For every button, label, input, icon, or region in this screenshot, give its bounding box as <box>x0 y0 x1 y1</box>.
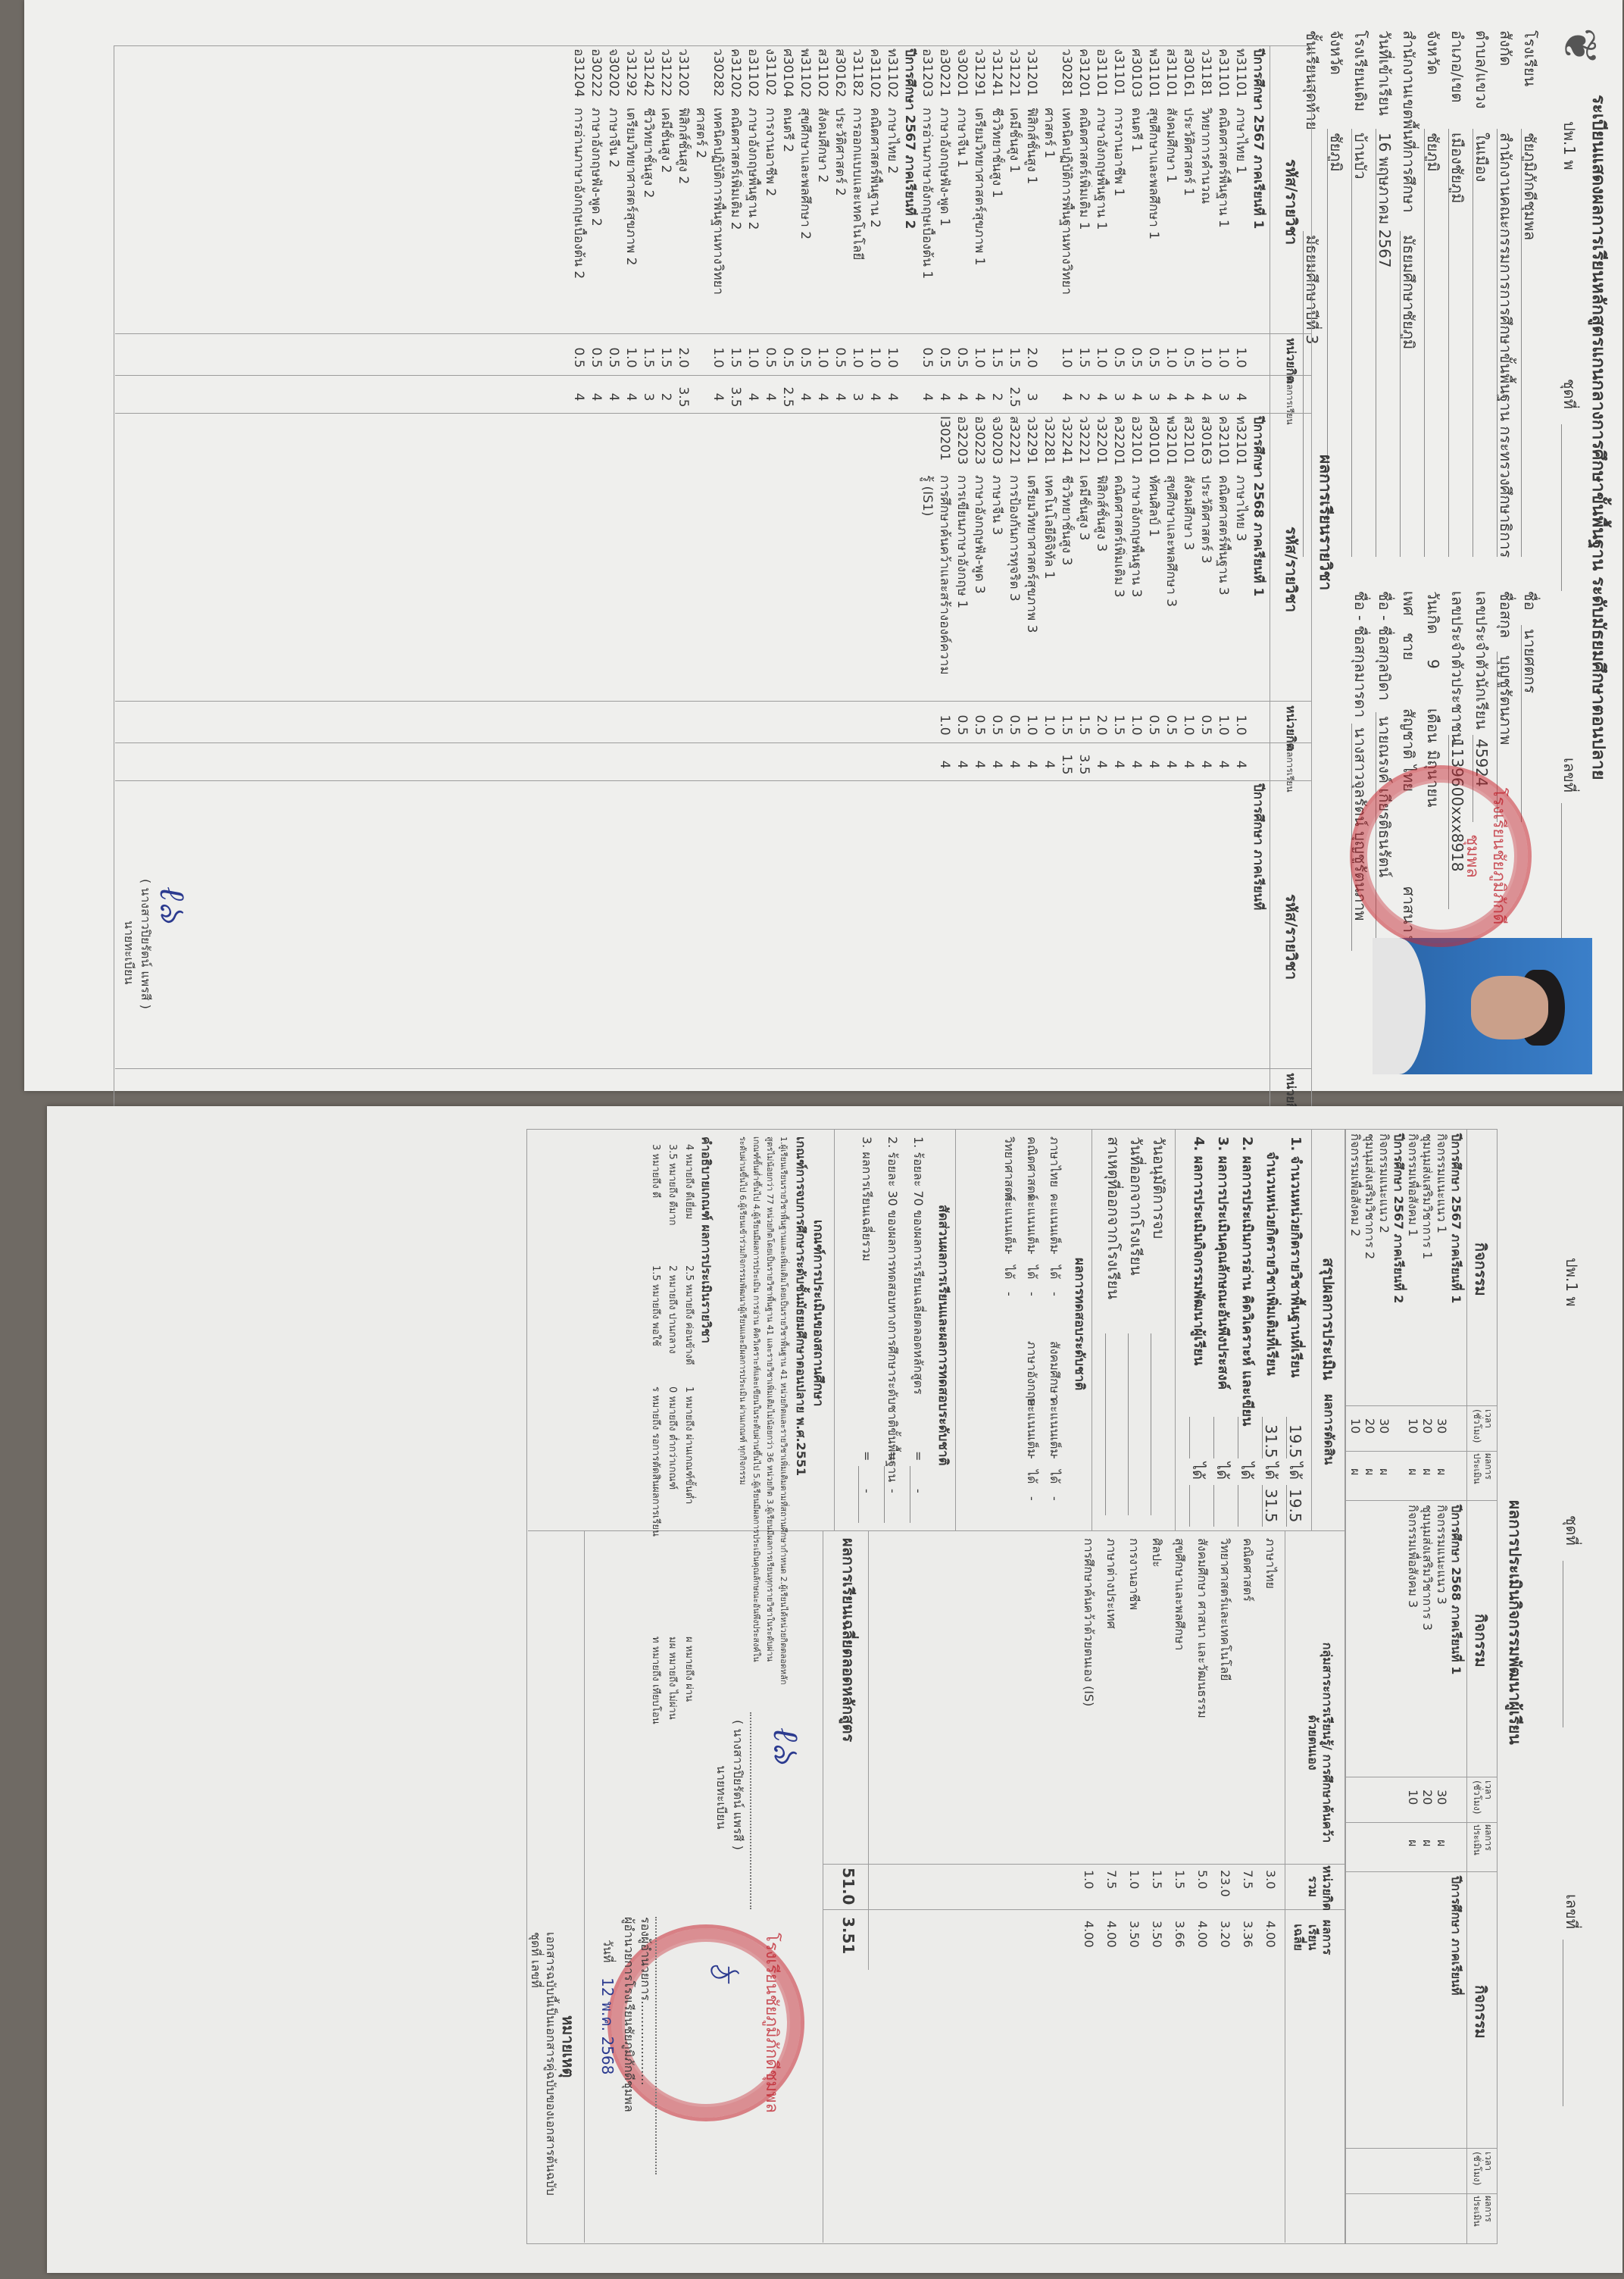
full-score: - <box>1048 1455 1062 1459</box>
course-name: ภาษาอังกฤษฟัง-พูด 2 <box>587 108 604 327</box>
registrar-position: นายทะเบียน <box>122 921 136 984</box>
course-grade: 4 <box>1197 382 1214 412</box>
activity-hours: 10 <box>1406 1418 1420 1433</box>
transcript-page-1: ❦ ระเบียนแสดงผลการเรียนหลักสูตรแกนกลางกา… <box>24 0 1622 1091</box>
course-row: อ30223ภาษาอังกฤษฟัง-พูด 30.54 <box>970 413 988 780</box>
course-credits: 1.5 <box>726 342 744 373</box>
course-grade: 4 <box>1092 382 1110 412</box>
course-row: ค31201คณิตศาสตร์เพิ่มเติม 11.52 <box>1075 45 1092 413</box>
course-grade: 4 <box>1232 749 1249 780</box>
ratio-label: 2. ร้อยละ 30 ของผลการทดสอบทางการศึกษาระด… <box>885 1136 900 1482</box>
course-code: ว32201 <box>1092 416 1110 470</box>
school-info-label: วันที่เข้าเรียน <box>1376 30 1394 116</box>
learning-area-gpa: 3.20 <box>1218 1921 1232 1948</box>
learning-area: วิทยาศาสตร์และเทคโนโลยี <box>1218 1538 1232 1681</box>
course-name: ภาษาอังกฤษพื้นฐาน 3 <box>1127 475 1145 695</box>
birth-month-label: เดือน <box>1424 708 1442 743</box>
course-grade: 4 <box>744 382 761 412</box>
course-name: ประวัติศาสตร์ 2 <box>831 108 848 327</box>
legend-item: 3.5 หมายถึง ดีมาก <box>667 1144 678 1225</box>
course-code: พ31102 <box>796 48 814 103</box>
course-grade: 4 <box>587 382 604 412</box>
director-line-2: ผู้อำนวยการโรงเรียนชัยภูมิภักดีชุมพล <box>622 1917 636 2112</box>
course-code: อ30221 <box>935 48 953 103</box>
form-code: ปพ.1 พ <box>1560 121 1579 170</box>
course-credits: 0.5 <box>587 342 604 373</box>
course-credits: 1.0 <box>744 342 761 373</box>
learning-area: ภาษาไทย <box>1263 1538 1278 1589</box>
learning-area-credits: 23.0 <box>1218 1870 1232 1897</box>
course-row: ว31292เตรียมวิทยาศาสตร์สุขภาพ 21.04 <box>622 45 639 413</box>
course-row: ท31101ภาษาไทย 11.04 <box>1232 45 1249 413</box>
activity-name: กิจกรรมแนะแนว 2 <box>1377 1133 1391 1233</box>
course-credits: 1.0 <box>1179 710 1197 740</box>
course-grade: 4 <box>918 382 935 412</box>
learning-area-gpa: 3.50 <box>1150 1921 1164 1948</box>
activity-hours: 10 <box>1406 1790 1420 1805</box>
equals-sign: = <box>860 1451 874 1461</box>
full-score: - <box>1025 1250 1039 1255</box>
course-grade: 3 <box>1110 382 1127 412</box>
activity-header: กิจกรรม <box>1472 1985 1490 2039</box>
set-label-2: ชุดที่ <box>1563 1515 1581 1546</box>
course-code: ว30281 <box>1057 48 1075 103</box>
course-code: อ30222 <box>587 48 604 103</box>
got-score-label: ได้ <box>1025 1470 1039 1483</box>
course-row: I30201การศึกษาค้นคว้าและสร้างองค์ความ1.0… <box>935 413 953 780</box>
course-code: ว31181 <box>1197 48 1214 103</box>
course-credits: 0.5 <box>1145 342 1162 373</box>
school-info-value: ชัยภูมิ <box>1327 133 1345 172</box>
course-name: ชีววิทยาชั้นสูง 2 <box>639 108 657 327</box>
course-grade: 1.5 <box>1057 749 1075 780</box>
learning-area: ศิลปะ <box>1150 1538 1164 1568</box>
remarks-text: เอกสารฉบับนี้เป็นเอกสารคู่ฉบับของเอกสารต… <box>544 1932 558 2196</box>
got-score-label: ได้ <box>1048 1265 1062 1279</box>
national-test-subject: สังคมศึกษา <box>1048 1341 1062 1400</box>
course-grade: 3 <box>1145 382 1162 412</box>
activity-name: กิจกรรมแนะแนว 1 <box>1435 1133 1449 1233</box>
course-code: ศ30101 <box>1145 416 1162 470</box>
activity-semester: ปีการศึกษา 2567 ภาคเรียนที่ 2 <box>1391 1133 1406 1303</box>
course-credits: 0.5 <box>953 342 970 373</box>
legend-heading: คำอธิบายเกณฑ์ ผลการประเมินรายวิชา <box>699 1136 714 1343</box>
course-name: เตรียมวิทยาศาสตร์สุขภาพ 2 <box>622 108 639 327</box>
course-name: การเขียนภาษาอังกฤษ 1 <box>953 475 970 695</box>
course-grade: 4 <box>1023 749 1040 780</box>
school-info-value: ชัยภูมิ <box>1424 133 1442 172</box>
course-name: เทคนิคปฏิบัติการพื้นฐานทางวิทยา <box>1057 108 1075 327</box>
legend-item: 3 หมายถึง ดี <box>650 1144 661 1198</box>
school-info-value: เมืองชัยภูมิ <box>1448 133 1466 203</box>
course-row: ค31202คณิตศาสตร์เพิ่มเติม 21.53.5 <box>726 45 744 413</box>
student-photo <box>1373 938 1592 1074</box>
course-grade: 2 <box>1075 382 1092 412</box>
grade-header: ผลการเรียน <box>1284 379 1295 425</box>
course-code: ว31242 <box>639 48 657 103</box>
birth-day-label: วันเกิด <box>1424 591 1442 634</box>
course-credits: 1.0 <box>970 342 988 373</box>
course-code: ว31182 <box>848 48 866 103</box>
course-row: ง31102การงานอาชีพ 20.54 <box>761 45 779 413</box>
course-name: ปีการศึกษา 2568 ภาคเรียนที่ 1 <box>1249 416 1266 636</box>
subject-header: รหัส/รายวิชา <box>1282 159 1301 245</box>
course-name: เทคโนโลยีดิจิทัล 1 <box>1040 475 1057 695</box>
course-name: เตรียมวิทยาศาสตร์สุขภาพ 1 <box>970 108 988 327</box>
course-name: ประวัติศาสตร์ 1 <box>1179 108 1197 327</box>
learning-area-credits: 5.0 <box>1195 1870 1210 1889</box>
learning-area-credits: 7.5 <box>1104 1870 1119 1889</box>
got-score: - <box>1025 1496 1039 1501</box>
course-name: การศึกษาค้นคว้าและสร้างองค์ความ <box>935 475 953 695</box>
course-name: ภาษาไทย 2 <box>883 108 901 327</box>
course-name: ประวัติศาสตร์ 3 <box>1197 475 1214 695</box>
course-code: ส32101 <box>1179 416 1197 470</box>
course-name: ปีการศึกษา ภาคเรียนที่ <box>1249 783 1266 1003</box>
learning-area: คณิตศาสตร์ <box>1241 1538 1255 1602</box>
grade-header: ผลการเรียน <box>1284 746 1295 792</box>
course-grade: 2.5 <box>779 382 796 412</box>
course-row: ว31291เตรียมวิทยาศาสตร์สุขภาพ 11.04 <box>970 45 988 413</box>
course-credits: 0.5 <box>1110 342 1127 373</box>
learning-area-gpa: 3.50 <box>1127 1921 1141 1948</box>
course-code: อ32203 <box>953 416 970 470</box>
course-code: พ32101 <box>1162 416 1179 470</box>
course-row: พ31101สุขศึกษาและพลศึกษา 10.53 <box>1145 45 1162 413</box>
course-code: จ30201 <box>953 48 970 103</box>
course-row: ว31181วิทยาการคำนวณ1.04 <box>1197 45 1214 413</box>
student-surname: บุญชูรัตนภาพ <box>1497 655 1515 745</box>
legend-item: ร หมายถึง รอการตัดสินผลการเรียน <box>650 1386 661 1537</box>
surname-label: ชื่อสกุล <box>1497 591 1515 638</box>
course-grade: 3 <box>1214 382 1232 412</box>
school-info-value: ในเมือง <box>1473 133 1491 182</box>
course-credits: 0.5 <box>831 342 848 373</box>
ratio-label: 3. ผลการเรียนเฉลี่ยรวม <box>860 1136 874 1261</box>
school-info-label: โรงเรียนเดิม <box>1351 30 1369 111</box>
course-credits: 0.5 <box>1005 710 1023 740</box>
activity-header: กิจกรรม <box>1472 1614 1490 1668</box>
course-row: ว31242ชีววิทยาชั้นสูง 21.53 <box>639 45 657 413</box>
course-code: จ30202 <box>604 48 622 103</box>
activities-table <box>1344 1129 1498 2244</box>
course-grade: 3.5 <box>674 382 692 412</box>
course-code: I30201 <box>935 416 953 470</box>
activity-semester: ปีการศึกษา 2568 ภาคเรียนที่ 1 <box>1449 1505 1463 1674</box>
course-name: เคมีชั้นสูง 3 <box>1075 475 1092 695</box>
course-code: อ32101 <box>1127 416 1145 470</box>
course-grade: 4 <box>953 749 970 780</box>
learning-area: การศึกษาค้นคว้าด้วยตนเอง (IS) <box>1082 1538 1096 1706</box>
director-date: 12 พ.ค. 2568 <box>598 1977 617 2074</box>
course-name: ภาษาไทย 3 <box>1232 475 1249 695</box>
course-grade: 4 <box>935 749 953 780</box>
school-info-value: มัธยมศึกษาชัยภูมิ <box>1400 235 1418 349</box>
course-code: ศ30103 <box>1127 48 1145 103</box>
course-row: อ32203การเขียนภาษาอังกฤษ 10.54 <box>953 413 970 780</box>
course-grade: 4 <box>953 382 970 412</box>
learning-area: สุขศึกษาและพลศึกษา <box>1173 1538 1187 1651</box>
criteria-text-line: ระดับผ่านขึ้นไป 6.ผู้เรียนเข้าร่วมกิจกรร… <box>737 1136 748 1485</box>
course-code: ท31102 <box>883 48 901 103</box>
sex: ชาย <box>1400 633 1418 661</box>
full-score-label: คะแนนเต็ม <box>1002 1193 1017 1252</box>
course-credits: 1.5 <box>1075 710 1092 740</box>
course-row: ศ30104ดนตรี 20.52.5 <box>779 45 796 413</box>
course-grade: 4 <box>709 382 726 412</box>
course-name: การออกแบบและเทคโนโลยี <box>848 108 866 327</box>
result-header: ผลการประเมิน <box>1471 1453 1494 1495</box>
activity-name: กิจกรรมเพื่อสังคม 3 <box>1406 1505 1420 1608</box>
course-code: ส30162 <box>831 48 848 103</box>
course-row: ค32101คณิตศาสตร์พื้นฐาน 31.04 <box>1214 413 1232 780</box>
course-grade: 4 <box>1214 749 1232 780</box>
overall-gpa: 3.51 <box>839 1917 857 1954</box>
semester-heading: ปีการศึกษา ภาคเรียนที่ <box>1249 780 1266 1148</box>
course-row: ว31222เคมีชั้นสูง 21.52 <box>657 45 674 413</box>
course-code: ว31221 <box>1005 48 1023 103</box>
course-column: ปีการศึกษา 2568 ภาคเรียนที่ 1ท32101ภาษาไ… <box>918 413 1266 780</box>
course-grade: 4 <box>831 382 848 412</box>
course-name: เทคนิคปฏิบัติการพื้นฐานทางวิทยา <box>709 108 726 327</box>
course-row: พ32101สุขศึกษาและพลศึกษา 30.54 <box>1162 413 1179 780</box>
learning-area-credits: 1.5 <box>1173 1870 1187 1889</box>
course-name: คณิตศาสตร์พื้นฐาน 3 <box>1214 475 1232 695</box>
activity-semester: ปีการศึกษา ภาคเรียนที่ <box>1449 1876 1463 1996</box>
course-grade: 4 <box>988 749 1005 780</box>
activity-name: ชุมนุมส่งเสริมวิชาการ 2 <box>1363 1133 1377 1259</box>
course-name: ภาษาอังกฤษฟัง-พูด 1 <box>935 108 953 327</box>
course-row: ท31102ภาษาไทย 21.04 <box>883 45 901 413</box>
course-name: ฟิสิกส์ชั้นสูง 1 <box>1023 108 1040 327</box>
got-score: - <box>1002 1292 1017 1296</box>
result-header: ผลการประเมิน <box>1471 2196 1494 2237</box>
course-credits: 1.0 <box>709 342 726 373</box>
course-name: ทัศนศิลป์ 1 <box>1145 475 1162 695</box>
activity-result: ผ <box>1435 1840 1449 1846</box>
summary-item-got-label: ได้ <box>1189 1462 1207 1480</box>
learning-area-credits: 1.0 <box>1082 1870 1096 1889</box>
course-column: ปีการศึกษา ภาคเรียนที่ <box>1249 780 1266 1148</box>
course-code: ค31101 <box>1214 48 1232 103</box>
course-grade: 4 <box>970 382 988 412</box>
summary-item-got: 31.5 <box>1262 1489 1280 1523</box>
full-score-label: คะแนนเต็ม <box>1025 1398 1039 1457</box>
course-name: คณิตศาสตร์พื้นฐาน 1 <box>1214 108 1232 327</box>
course-name: เตรียมวิทยาศาสตร์สุขภาพ 3 <box>1023 475 1040 695</box>
course-credits: 1.5 <box>1110 710 1127 740</box>
course-code: ง31101 <box>1110 48 1127 103</box>
course-row: ค31101คณิตศาสตร์พื้นฐาน 11.03 <box>1214 45 1232 413</box>
course-name: คณิตศาสตร์พื้นฐาน 2 <box>866 108 883 327</box>
course-name: ฟิสิกส์ชั้นสูง 2 <box>674 108 692 327</box>
summary-item-got-label: ได้ <box>1238 1462 1256 1480</box>
stamp-text: โรงเรียนชัยภูมิภักดีชุมพล <box>1460 769 1513 943</box>
course-grade: 4 <box>1145 749 1162 780</box>
course-credits: 1.5 <box>1075 342 1092 373</box>
school-info-value: ชัยภูมิภักดีชุมพล <box>1521 133 1539 240</box>
course-grade: 2.5 <box>1005 382 1023 412</box>
course-code: ส31101 <box>1162 48 1179 103</box>
course-row: ว32291เตรียมวิทยาศาสตร์สุขภาพ 31.04 <box>1023 413 1040 780</box>
activity-result: ผ <box>1348 1468 1363 1475</box>
school-stamp: โรงเรียนชัยภูมิภักดีชุมพล <box>1350 765 1532 947</box>
course-credits: 0.5 <box>604 342 622 373</box>
course-code: อ31102 <box>744 48 761 103</box>
course-row: ส31102สังคมศึกษา 21.04 <box>814 45 831 413</box>
course-row: ศ30101ทัศนศิลป์ 10.54 <box>1145 413 1162 780</box>
course-credits: 2.0 <box>674 342 692 373</box>
course-grade: 4 <box>1232 382 1249 412</box>
result-header: ผลการประเมิน <box>1471 1824 1494 1866</box>
summary-item-value: 19.5 <box>1286 1424 1304 1458</box>
course-name: ดนตรี 1 <box>1127 108 1145 327</box>
criteria-heading: เกณฑ์การประเมินของสถานศึกษา <box>809 1220 827 1406</box>
activity-hours: 10 <box>1348 1418 1363 1433</box>
activity-name: ชุมนุมส่งเสริมวิชาการ 1 <box>1420 1133 1435 1259</box>
course-code: ท31101 <box>1232 48 1249 103</box>
course-row: ว30281เทคนิคปฏิบัติการพื้นฐานทางวิทยา1.0… <box>1057 45 1075 413</box>
course-grade: 3 <box>1023 382 1040 412</box>
stamp-text-2: โรงเรียนชัยภูมิภักดีชุมพล <box>759 1928 785 2118</box>
course-credits: 1.0 <box>1214 710 1232 740</box>
course-credits: 1.0 <box>866 342 883 373</box>
summary-item-got-label: ได้ <box>1262 1462 1280 1480</box>
course-credits: 1.0 <box>883 342 901 373</box>
course-grade: 3 <box>639 382 657 412</box>
course-credits: 1.0 <box>1023 710 1040 740</box>
course-grade: 4 <box>814 382 831 412</box>
full-score: - <box>1002 1250 1017 1255</box>
course-grade: 4 <box>1092 749 1110 780</box>
activity-name: ชุมนุมส่งเสริมวิชาการ 3 <box>1420 1505 1435 1630</box>
course-grade: 4 <box>1179 382 1197 412</box>
course-credits: 0.5 <box>1162 710 1179 740</box>
semester-heading: ปีการศึกษา 2567 ภาคเรียนที่ 1 <box>1249 45 1266 413</box>
course-name: ปีการศึกษา 2567 ภาคเรียนที่ 2 <box>901 48 918 268</box>
set-label: ชุดที่ <box>1560 379 1579 409</box>
activity-result: ผ <box>1420 1468 1435 1475</box>
course-name: ภาษาอังกฤษพื้นฐาน 2 <box>744 108 761 327</box>
course-name: ภาษาจีน 3 <box>988 475 1005 695</box>
course-code: ส32221 <box>1005 416 1023 470</box>
summary-item-label: 2. ผลการประเมินการอ่าน คิดวิเคราะห์ และเ… <box>1238 1136 1256 1426</box>
national-test-subject: ภาษาไทย <box>1048 1136 1062 1187</box>
learning-area-gpa: 4.00 <box>1104 1921 1119 1948</box>
credits-header: หน่วยกิต <box>1284 338 1298 383</box>
course-code: อ31203 <box>918 48 935 103</box>
course-code: ว31202 <box>674 48 692 103</box>
course-row: ค31102คณิตศาสตร์พื้นฐาน 21.04 <box>866 45 883 413</box>
activity-result: ผ <box>1420 1840 1435 1846</box>
learning-area-gpa: 3.36 <box>1241 1921 1255 1948</box>
course-name: สังคมศึกษา 1 <box>1162 108 1179 327</box>
criteria-text-line: สูตรไม่น้อยกว่า 77 หน่วยกิตโดยเป็นรายวิช… <box>764 1136 776 1662</box>
course-code: ส30161 <box>1179 48 1197 103</box>
course-row: จ30202ภาษาจีน 20.54 <box>604 45 622 413</box>
course-credits: 1.5 <box>1057 710 1075 740</box>
course-grade: 4 <box>935 382 953 412</box>
learning-area: ภาษาต่างประเทศ <box>1104 1538 1119 1629</box>
course-grade: 3.5 <box>726 382 744 412</box>
course-grade: 4 <box>883 382 901 412</box>
course-credits: 1.0 <box>1214 342 1232 373</box>
course-name: ภาษาอังกฤษพื้นฐาน 1 <box>1092 108 1110 327</box>
activity-result: ผ <box>1377 1468 1391 1475</box>
course-name: ชีววิทยาชั้นสูง 1 <box>988 108 1005 327</box>
activity-hours: 20 <box>1420 1790 1435 1805</box>
legend-item: ท หมายถึง เทียบโอน <box>650 1637 661 1724</box>
leave-date-label: วันที่ออกจากโรงเรียน <box>1127 1136 1145 1276</box>
activity-name: กิจกรรมเพื่อสังคม 1 <box>1406 1133 1420 1236</box>
course-name: สุขศึกษาและพลศึกษา 2 <box>796 108 814 327</box>
course-code: ว31241 <box>988 48 1005 103</box>
learning-area-credits: 1.5 <box>1150 1870 1164 1889</box>
form-code-2: ปพ.1 พ <box>1563 1258 1581 1307</box>
school-info-value: 16 พฤษภาคม 2567 <box>1376 133 1394 268</box>
course-name: ชีววิทยาชั้นสูง 3 <box>1057 475 1075 695</box>
school-info-label: สังกัด <box>1497 30 1515 66</box>
semester-heading: ปีการศึกษา 2567 ภาคเรียนที่ 2 <box>901 45 918 413</box>
course-code: ว32241 <box>1057 416 1075 470</box>
got-score-label: ได้ <box>1025 1265 1039 1279</box>
nationality-label: สัญชาติ <box>1400 708 1418 759</box>
course-row: ส30161ประวัติศาสตร์ 10.54 <box>1179 45 1197 413</box>
course-row: ว31201ฟิสิกส์ชั้นสูง 12.03 <box>1023 45 1040 413</box>
course-row: ว30282เทคนิคปฏิบัติการพื้นฐานทางวิทยา1.0… <box>709 45 726 413</box>
course-code: ศ30104 <box>779 48 796 103</box>
got-score-label: ได้ <box>1048 1470 1062 1483</box>
course-grade: 4 <box>970 749 988 780</box>
legend-item: 2 หมายถึง ปานกลาง <box>667 1265 678 1354</box>
course-row: อ32101ภาษาอังกฤษพื้นฐาน 31.04 <box>1127 413 1145 780</box>
learning-area-gpa: 4.00 <box>1195 1921 1210 1948</box>
remarks-heading: หมายเหตุ <box>559 2015 577 2077</box>
learning-area: สังคมศึกษา ศาสนา และวัฒนธรรม <box>1195 1538 1210 1718</box>
legend-item: ผ หมายถึง ผ่าน <box>683 1637 695 1702</box>
course-code: ค32101 <box>1214 416 1232 470</box>
course-name: การงานอาชีพ 1 <box>1110 108 1127 327</box>
course-row: ว31182การออกแบบและเทคโนโลยี1.03 <box>848 45 866 413</box>
ratio-value: - <box>911 1489 926 1493</box>
course-grade: 4 <box>1162 749 1179 780</box>
course-credits: 1.0 <box>1232 710 1249 740</box>
course-row: พ31102สุขศึกษาและพลศึกษา 20.54 <box>796 45 814 413</box>
course-grade: 2 <box>988 382 1005 412</box>
course-name: การงานอาชีพ 2 <box>761 108 779 327</box>
course-name: ฟิสิกส์ชั้นสูง 3 <box>1092 475 1110 695</box>
course-row: ง31101การงานอาชีพ 10.53 <box>1110 45 1127 413</box>
course-row: ศ30103ดนตรี 10.54 <box>1127 45 1145 413</box>
course-row: ส32221การป้องกันการทุจริต 30.54 <box>1005 413 1023 780</box>
remarks-set: ชุดที่ เลขที่ <box>529 1932 543 1988</box>
course-row: จ30203ภาษาจีน 30.54 <box>988 413 1005 780</box>
course-grade: 4 <box>1110 749 1127 780</box>
course-name: สังคมศึกษา 3 <box>1179 475 1197 695</box>
full-score: - <box>1025 1455 1039 1459</box>
number-label: เลขที่ <box>1560 758 1579 792</box>
activity-hours: 30 <box>1435 1790 1449 1805</box>
semester-heading: ปีการศึกษา 2568 ภาคเรียนที่ 1 <box>1249 413 1266 780</box>
course-name: การป้องกันการทุจริต 3 <box>1005 475 1023 695</box>
learning-area-credits: 3.0 <box>1263 1870 1278 1889</box>
transcript-page-2: ปพ.1 พ ชุดที่ เลขที่ ผลการประเมินกิจกรรม… <box>47 1106 1622 2273</box>
registrar-position-2: นายทะเบียน <box>714 1765 729 1829</box>
course-row: ค32201คณิตศาสตร์เพิ่มเติม 31.54 <box>1110 413 1127 780</box>
activity-hours: 20 <box>1363 1418 1377 1433</box>
document-title: ระเบียนแสดงผลการเรียนหลักสูตรแกนกลางการศ… <box>1589 95 1607 780</box>
course-code: ว32281 <box>1040 416 1057 470</box>
